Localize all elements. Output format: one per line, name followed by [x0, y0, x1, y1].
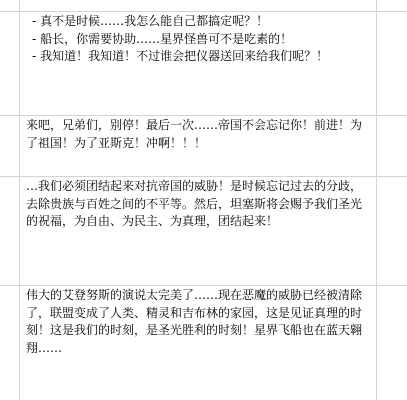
speech-text: …我们必须团结起来对抗帝国的威胁！是时候忘记过去的分歧，去除贵族与百姓之间的不平…	[26, 178, 370, 231]
cell-speech-victory[interactable]: 伟大的艾登努斯的演说太完美了……现在恶魔的威胁已经被清除了，联盟变成了人类、精灵…	[20, 285, 376, 400]
spreadsheet-grid: - 真不是时候……我怎么能自己都搞定呢？！ - 船长，你需要协助……星界怪兽可不…	[0, 0, 407, 400]
dialogue-line-1: - 真不是时候……我怎么能自己都搞定呢？！	[26, 13, 370, 31]
speech-text: 伟大的艾登努斯的演说太完美了……现在恶魔的威胁已经被清除了，联盟变成了人类、精灵…	[26, 287, 370, 357]
speech-text: 来吧，兄弟们，别停！最后一次……帝国不会忘记你！前进！为了祖国！为了亚斯克！冲啊…	[26, 117, 370, 152]
dialogue-line-2: - 船长，你需要协助……星界怪兽可不是吃素的！	[26, 31, 370, 49]
dialogue-line-3: - 我知道！我知道！不过谁会把仪器送回来给我们呢？！	[26, 48, 370, 66]
cell-speech-charge[interactable]: 来吧，兄弟们，别停！最后一次……帝国不会忘记你！前进！为了祖国！为了亚斯克！冲啊…	[20, 115, 376, 176]
cell-dialogue[interactable]: - 真不是时候……我怎么能自己都搞定呢？！ - 船长，你需要协助……星界怪兽可不…	[20, 11, 376, 115]
cell-speech-unite[interactable]: …我们必须团结起来对抗帝国的威胁！是时候忘记过去的分歧，去除贵族与百姓之间的不平…	[20, 176, 376, 285]
column-gridline-right	[376, 0, 377, 400]
